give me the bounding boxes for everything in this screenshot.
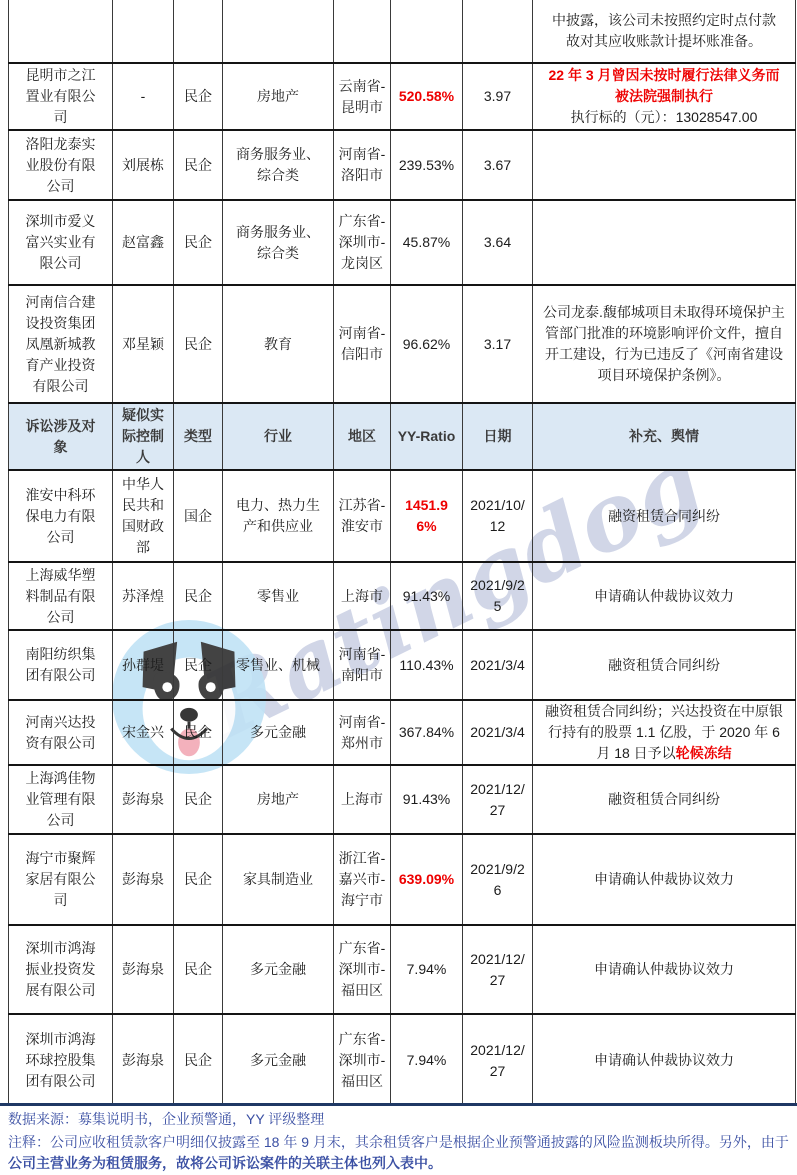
table-cell: 苏泽煌 [113, 562, 174, 630]
table-cell: 深圳市爱义富兴实业有限公司 [9, 200, 113, 285]
footer: 数据来源：募集说明书，企业预警通，YY 评级整理 注释：公司应收租赁款客户明细仅… [8, 1109, 793, 1174]
column-header: 地区 [334, 403, 391, 470]
table-cell: 民企 [174, 834, 223, 925]
table-cell: 多元金融 [223, 700, 334, 765]
table-cell: 91.43% [391, 562, 463, 630]
table-cell: 民企 [174, 200, 223, 285]
table-cell: 深圳市鸿海环球控股集团有限公司 [9, 1014, 113, 1106]
data-source-line: 数据来源：募集说明书，企业预警通，YY 评级整理 [8, 1109, 793, 1130]
table-row: 深圳市鸿海振业投资发展有限公司彭海泉民企多元金融广东省-深圳市-福田区7.94%… [9, 925, 796, 1014]
table-cell: 申请确认仲裁协议效力 [533, 1014, 796, 1106]
column-header: YY-Ratio [391, 403, 463, 470]
table-row: 河南兴达投资有限公司宋金兴民企多元金融河南省-郑州市367.84%2021/3/… [9, 700, 796, 765]
column-header: 疑似实际控制人 [113, 403, 174, 470]
table-cell: 上海市 [334, 765, 391, 834]
table-row: 南阳纺织集团有限公司孙群堤民企零售业、机械河南省-南阳市110.43%2021/… [9, 630, 796, 700]
table-cell: 融资租赁合同纠纷 [533, 470, 796, 562]
table-cell: 河南省-信阳市 [334, 285, 391, 403]
table-cell: 海宁市聚辉家居有限公司 [9, 834, 113, 925]
table-cell: 3.97 [463, 63, 533, 130]
table-cell: 民企 [174, 285, 223, 403]
table-cell [533, 130, 796, 200]
table-cell: 民企 [174, 63, 223, 130]
table-cell: 上海威华塑料制品有限公司 [9, 562, 113, 630]
table-row: 深圳市鸿海环球控股集团有限公司彭海泉民企多元金融广东省-深圳市-福田区7.94%… [9, 1014, 796, 1106]
table-cell: 2021/9/26 [463, 834, 533, 925]
table-cell: 3.17 [463, 285, 533, 403]
notes-line: 注释：公司应收租赁款客户明细仅披露至 18 年 9 月末，其余租赁客户是根据企业… [8, 1132, 793, 1174]
table-cell: 申请确认仲裁协议效力 [533, 834, 796, 925]
column-header: 诉讼涉及对象 [9, 403, 113, 470]
table-header-row: 诉讼涉及对象疑似实际控制人类型行业地区YY-Ratio日期补充、舆情 [9, 403, 796, 470]
table-cell: 公司龙泰.馥郁城项目未取得环境保护主管部门批准的环境影响评价文件，擅自开工建设，… [533, 285, 796, 403]
table-cell: 广东省-深圳市-龙岗区 [334, 200, 391, 285]
table-cell: 7.94% [391, 925, 463, 1014]
table-cell: 家具制造业 [223, 834, 334, 925]
note-text-bold: 公司主营业务为租赁服务，故将公司诉讼案件的关联主体也列入表中。 [8, 1155, 442, 1171]
table-cell: 彭海泉 [113, 765, 174, 834]
table-cell: 民企 [174, 130, 223, 200]
table-cell: 367.84% [391, 700, 463, 765]
table-cell: 房地产 [223, 63, 334, 130]
bottom-rule-divider [0, 1103, 797, 1106]
table-cell: 3.67 [463, 130, 533, 200]
table-cell: 国企 [174, 470, 223, 562]
table-row: 中披露，该公司未按照约定时点付款故对其应收账款计提坏账准备。 [9, 0, 796, 63]
table-cell: 云南省-昆明市 [334, 63, 391, 130]
table-cell: 赵富鑫 [113, 200, 174, 285]
table-cell: 申请确认仲裁协议效力 [533, 925, 796, 1014]
table-cell: 2021/12/27 [463, 1014, 533, 1106]
table-cell: 民企 [174, 765, 223, 834]
table-cell: 239.53% [391, 130, 463, 200]
table-row: 淮安中科环保电力有限公司中华人民共和国财政部国企电力、热力生产和供应业江苏省-淮… [9, 470, 796, 562]
table-cell: 商务服务业、综合类 [223, 200, 334, 285]
table-cell: 2021/3/4 [463, 700, 533, 765]
table-cell: 彭海泉 [113, 1014, 174, 1106]
table-cell: 7.94% [391, 1014, 463, 1106]
table-cell: 河南省-南阳市 [334, 630, 391, 700]
table-cell: 邓星颖 [113, 285, 174, 403]
table-cell: 中华人民共和国财政部 [113, 470, 174, 562]
table-row: 上海威华塑料制品有限公司苏泽煌民企零售业上海市91.43%2021/9/25申请… [9, 562, 796, 630]
column-header: 行业 [223, 403, 334, 470]
table-cell: 教育 [223, 285, 334, 403]
table-cell: 民企 [174, 700, 223, 765]
column-header: 类型 [174, 403, 223, 470]
table-cell: 融资租赁合同纠纷 [533, 630, 796, 700]
table-cell: 96.62% [391, 285, 463, 403]
note-text: 注释：公司应收租赁款客户明细仅披露至 18 年 9 月末，其余租赁客户是根据企业… [8, 1134, 789, 1150]
table-cell: 商务服务业、综合类 [223, 130, 334, 200]
table-cell: 2021/9/25 [463, 562, 533, 630]
table-cell: 融资租赁合同纠纷；兴达投资在中原银行持有的股票 1.1 亿股，于 2020 年 … [533, 700, 796, 765]
table-cell: 融资租赁合同纠纷 [533, 765, 796, 834]
column-header: 日期 [463, 403, 533, 470]
table-cell: 彭海泉 [113, 925, 174, 1014]
table-cell: 宋金兴 [113, 700, 174, 765]
table-cell: 彭海泉 [113, 834, 174, 925]
table-cell: 民企 [174, 925, 223, 1014]
table-cell: 昆明市之江置业有限公司 [9, 63, 113, 130]
table-cell: 河南信合建设投资集团凤凰新城教育产业投资有限公司 [9, 285, 113, 403]
table-cell: 河南省-郑州市 [334, 700, 391, 765]
table-cell: 3.64 [463, 200, 533, 285]
table-cell: 河南兴达投资有限公司 [9, 700, 113, 765]
table-cell [174, 0, 223, 63]
table-row: 海宁市聚辉家居有限公司彭海泉民企家具制造业浙江省-嘉兴市-海宁市639.09%2… [9, 834, 796, 925]
table-cell [223, 0, 334, 63]
table-cell: 2021/3/4 [463, 630, 533, 700]
table-row: 河南信合建设投资集团凤凰新城教育产业投资有限公司邓星颖民企教育河南省-信阳市96… [9, 285, 796, 403]
table-row: 昆明市之江置业有限公司-民企房地产云南省-昆明市520.58%3.9722 年 … [9, 63, 796, 130]
table-cell: 广东省-深圳市-福田区 [334, 1014, 391, 1106]
table-row: 上海鸿佳物业管理有限公司彭海泉民企房地产上海市91.43%2021/12/27融… [9, 765, 796, 834]
table-cell [391, 0, 463, 63]
table-cell: 河南省-洛阳市 [334, 130, 391, 200]
table-cell: 洛阳龙泰实业股份有限公司 [9, 130, 113, 200]
table-cell: 广东省-深圳市-福田区 [334, 925, 391, 1014]
table-cell: 45.87% [391, 200, 463, 285]
table-cell: 多元金融 [223, 925, 334, 1014]
table-cell: 浙江省-嘉兴市-海宁市 [334, 834, 391, 925]
table-row: 洛阳龙泰实业股份有限公司刘展栋民企商务服务业、综合类河南省-洛阳市239.53%… [9, 130, 796, 200]
table-cell: 淮安中科环保电力有限公司 [9, 470, 113, 562]
table-cell: 上海鸿佳物业管理有限公司 [9, 765, 113, 834]
table-cell: 639.09% [391, 834, 463, 925]
table-cell: 江苏省-淮安市 [334, 470, 391, 562]
table-row: 深圳市爱义富兴实业有限公司赵富鑫民企商务服务业、综合类广东省-深圳市-龙岗区45… [9, 200, 796, 285]
table-cell: 2021/10/12 [463, 470, 533, 562]
table-cell: 零售业 [223, 562, 334, 630]
table-cell: 中披露，该公司未按照约定时点付款故对其应收账款计提坏账准备。 [533, 0, 796, 63]
table-cell: 深圳市鸿海振业投资发展有限公司 [9, 925, 113, 1014]
table-cell: 房地产 [223, 765, 334, 834]
table-cell [113, 0, 174, 63]
table-cell [334, 0, 391, 63]
table-cell: 南阳纺织集团有限公司 [9, 630, 113, 700]
litigation-table: 中披露，该公司未按照约定时点付款故对其应收账款计提坏账准备。昆明市之江置业有限公… [8, 0, 796, 1106]
table-cell: 2021/12/27 [463, 765, 533, 834]
table-cell: 上海市 [334, 562, 391, 630]
table-cell: 申请确认仲裁协议效力 [533, 562, 796, 630]
table-cell [9, 0, 113, 63]
table-cell: 22 年 3 月曾因未按时履行法律义务而被法院强制执行执行标的（元）：13028… [533, 63, 796, 130]
table-cell: 110.43% [391, 630, 463, 700]
table-cell: 民企 [174, 1014, 223, 1106]
table-cell: 2021/12/27 [463, 925, 533, 1014]
table-cell: 民企 [174, 562, 223, 630]
table-cell: 零售业、机械 [223, 630, 334, 700]
table-cell: 刘展栋 [113, 130, 174, 200]
table-cell: 多元金融 [223, 1014, 334, 1106]
table-cell: 孙群堤 [113, 630, 174, 700]
table-cell: 民企 [174, 630, 223, 700]
table-cell: 91.43% [391, 765, 463, 834]
table-cell: - [113, 63, 174, 130]
table-body: 中披露，该公司未按照约定时点付款故对其应收账款计提坏账准备。昆明市之江置业有限公… [9, 0, 796, 1106]
table-cell [533, 200, 796, 285]
table-cell: 520.58% [391, 63, 463, 130]
column-header: 补充、舆情 [533, 403, 796, 470]
table-cell: 1451.96% [391, 470, 463, 562]
table-cell: 电力、热力生产和供应业 [223, 470, 334, 562]
report-page: Ratingdog 中披露，该公司未按照约定时点付款故对其应收账款计提坏账准备。… [0, 0, 797, 1175]
table-cell [463, 0, 533, 63]
